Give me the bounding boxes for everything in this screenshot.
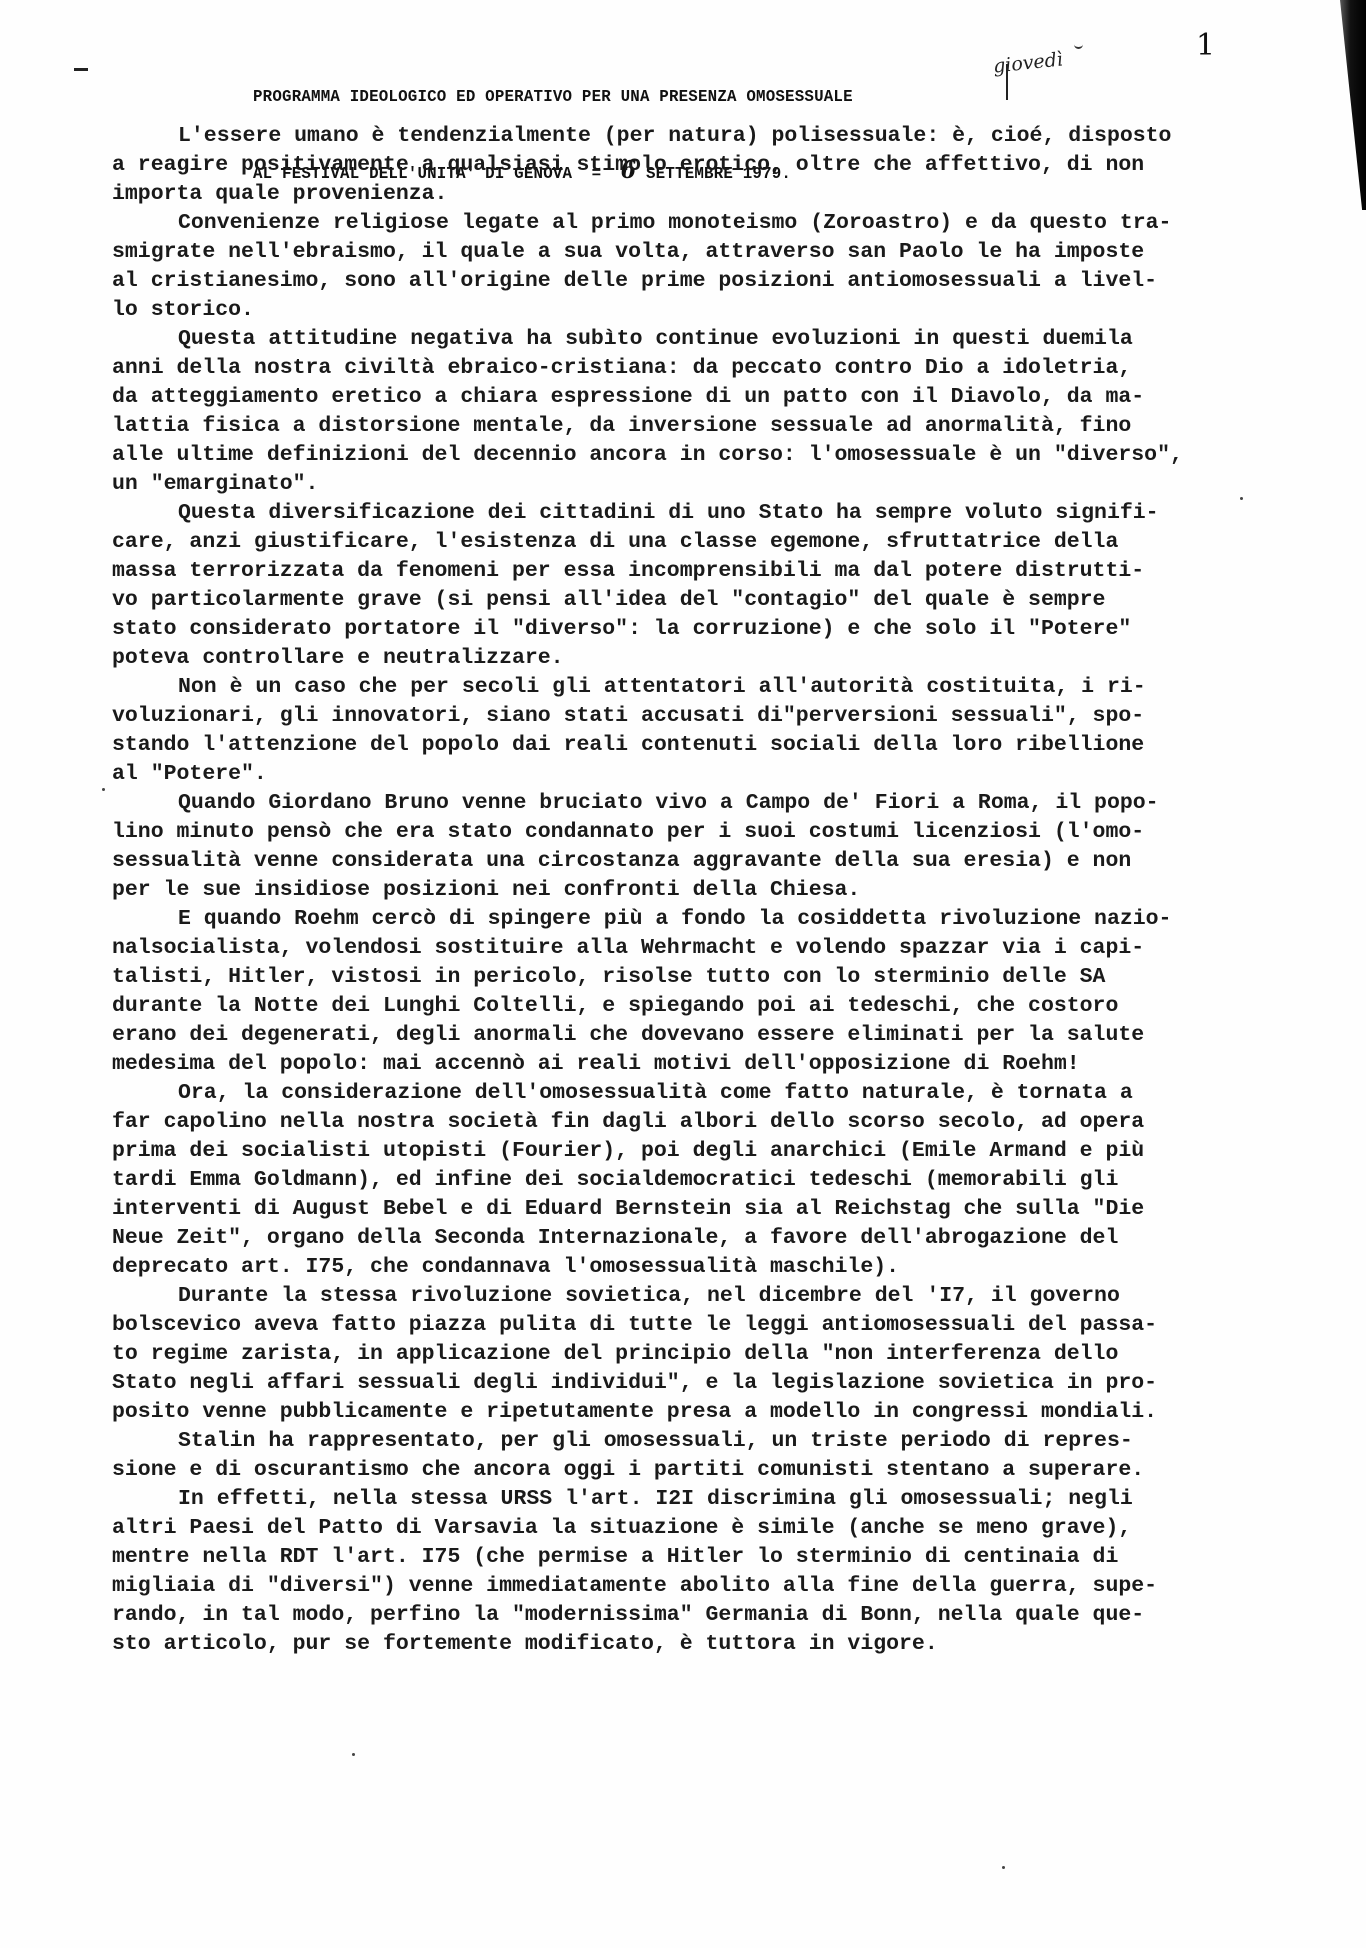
paragraph-line: sione e di oscurantismo che ancora oggi … — [112, 1456, 1262, 1485]
paragraph-line: interventi di August Bebel e di Eduard B… — [112, 1195, 1262, 1224]
paragraph-line: erano dei degenerati, degli anormali che… — [112, 1021, 1262, 1050]
paragraph-line: altri Paesi del Patto di Varsavia la sit… — [112, 1514, 1262, 1543]
paragraph-line: stato considerato portatore il "diverso"… — [112, 615, 1262, 644]
paragraph-line: far capolino nella nostra società fin da… — [112, 1108, 1262, 1137]
margin-mark — [74, 68, 88, 71]
paragraph-line: poteva controllare e neutralizzare. — [112, 644, 1262, 673]
paragraph-line: care, anzi giustificare, l'esistenza di … — [112, 528, 1262, 557]
paragraph-line: al cristianesimo, sono all'origine delle… — [112, 267, 1262, 296]
scanned-document-page: PROGRAMMA IDEOLOGICO ED OPERATIVO PER UN… — [0, 0, 1366, 1948]
paragraph-line: importa quale provenienza. — [112, 180, 1262, 209]
paragraph-line: Ora, la considerazione dell'omosessualit… — [112, 1079, 1262, 1108]
paragraph-line: deprecato art. I75, che condannava l'omo… — [112, 1253, 1262, 1282]
stray-mark — [102, 788, 105, 791]
paragraph-line: to regime zarista, in applicazione del p… — [112, 1340, 1262, 1369]
paragraph-line: anni della nostra civiltà ebraico-cristi… — [112, 354, 1262, 383]
paragraph-line: prima dei socialisti utopisti (Fourier),… — [112, 1137, 1262, 1166]
paragraph-line: voluzionari, gli innovatori, siano stati… — [112, 702, 1262, 731]
paragraph-line: tardi Emma Goldmann), ed infine dei soci… — [112, 1166, 1262, 1195]
paragraph-line: Questa diversificazione dei cittadini di… — [112, 499, 1262, 528]
paragraph-line: L'essere umano è tendenzialmente (per na… — [112, 122, 1262, 151]
paragraph-line: lattia fisica a distorsione mentale, da … — [112, 412, 1262, 441]
paragraph-line: vo particolarmente grave (si pensi all'i… — [112, 586, 1262, 615]
paragraph-line: al "Potere". — [112, 760, 1262, 789]
paragraph-line: Neue Zeit", organo della Seconda Interna… — [112, 1224, 1262, 1253]
paragraph-line: nalsocialista, volendosi sostituire alla… — [112, 934, 1262, 963]
document-body: L'essere umano è tendenzialmente (per na… — [112, 122, 1262, 1659]
paragraph-line: Stalin ha rappresentato, per gli omosess… — [112, 1427, 1262, 1456]
paragraph-line: un "emarginato". — [112, 470, 1262, 499]
paragraph-line: talisti, Hitler, vistosi in pericolo, ri… — [112, 963, 1262, 992]
paragraph-line: a reagire positivamente a qualsiasi stim… — [112, 151, 1262, 180]
paragraph-line: mentre nella RDT l'art. I75 (che permise… — [112, 1543, 1262, 1572]
paragraph-line: Non è un caso che per secoli gli attenta… — [112, 673, 1262, 702]
paragraph-line: medesima del popolo: mai accennò ai real… — [112, 1050, 1262, 1079]
paragraph-line: rando, in tal modo, perfino la "modernis… — [112, 1601, 1262, 1630]
handwritten-stroke — [1006, 64, 1008, 100]
paragraph-line: stando l'attenzione del popolo dai reali… — [112, 731, 1262, 760]
heading-line-1: PROGRAMMA IDEOLOGICO ED OPERATIVO PER UN… — [253, 86, 853, 110]
scanner-edge-shadow — [1340, 0, 1366, 210]
paragraph-line: alle ultime definizioni del decennio anc… — [112, 441, 1262, 470]
paragraph-line: Quando Giordano Bruno venne bruciato viv… — [112, 789, 1262, 818]
paragraph-line: In effetti, nella stessa URSS l'art. I2I… — [112, 1485, 1262, 1514]
paragraph-line: da atteggiamento eretico a chiara espres… — [112, 383, 1262, 412]
paragraph-line: Questa attitudine negativa ha subìto con… — [112, 325, 1262, 354]
handwritten-tick-mark — [1074, 44, 1083, 49]
paragraph-line: smigrate nell'ebraismo, il quale a sua v… — [112, 238, 1262, 267]
paragraph-line: massa terrorizzata da fenomeni per essa … — [112, 557, 1262, 586]
stray-mark — [352, 1753, 355, 1756]
paragraph-line: per le sue insidiose posizioni nei confr… — [112, 876, 1262, 905]
paragraph-line: Durante la stessa rivoluzione sovietica,… — [112, 1282, 1262, 1311]
paragraph-line: lo storico. — [112, 296, 1262, 325]
paragraph-line: migliaia di "diversi") venne immediatame… — [112, 1572, 1262, 1601]
paragraph-line: posito venne pubblicamente e ripetutamen… — [112, 1398, 1262, 1427]
paragraph-line: bolscevico aveva fatto piazza pulita di … — [112, 1311, 1262, 1340]
paragraph-line: sessualità venne considerata una circost… — [112, 847, 1262, 876]
paragraph-line: sto articolo, pur se fortemente modifica… — [112, 1630, 1262, 1659]
page-number: 1 — [1196, 28, 1215, 63]
handwritten-note: giovedì — [992, 48, 1064, 77]
paragraph-line: durante la Notte dei Lunghi Coltelli, e … — [112, 992, 1262, 1021]
paragraph-line: Convenienze religiose legate al primo mo… — [112, 209, 1262, 238]
paragraph-line: Stato negli affari sessuali degli indivi… — [112, 1369, 1262, 1398]
stray-mark — [1002, 1866, 1005, 1869]
paragraph-line: E quando Roehm cercò di spingere più a f… — [112, 905, 1262, 934]
paragraph-line: lino minuto pensò che era stato condanna… — [112, 818, 1262, 847]
